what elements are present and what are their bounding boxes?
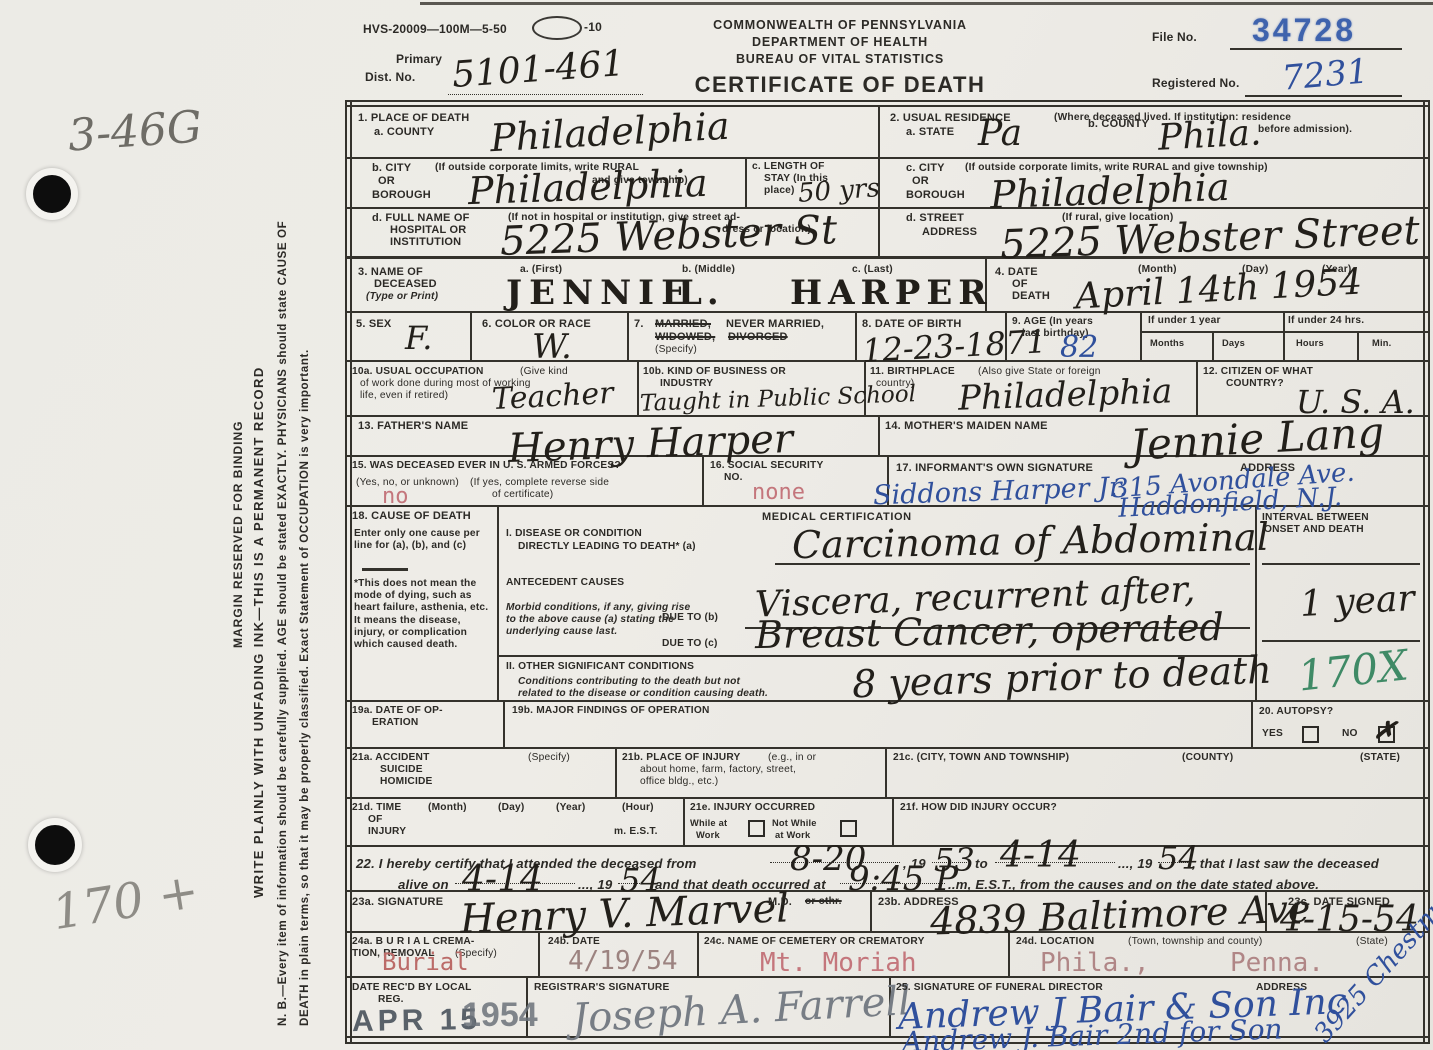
length-of-stay-label3: place) (764, 185, 795, 197)
autopsy-label: 20. AUTOPSY? (1259, 706, 1333, 718)
district-number-line (448, 82, 643, 95)
time-of-injury-of: OF (368, 814, 383, 826)
occupation-note1: (Give kind (520, 366, 568, 378)
residence-city-or: OR (912, 175, 929, 188)
grid-line (637, 360, 639, 415)
residence-borough-label: BOROUGH (906, 189, 965, 202)
ssn-label1: 16. SOCIAL SECURITY (710, 460, 823, 472)
death-certificate-scan: 3-46G 170 + MARGIN RESERVED FOR BINDING … (0, 0, 1433, 1050)
grid-line (345, 797, 1429, 799)
occupation-value: Teacher (491, 379, 614, 415)
pencil-code-top: 3-46G (67, 105, 204, 158)
margin-note-nb-line1: N. B.—Every item of information should b… (276, 221, 289, 1026)
cause-of-death-label: 18. CAUSE OF DEATH (352, 510, 471, 523)
interval-label1: INTERVAL BETWEEN (1262, 512, 1369, 524)
due-to-b-label: DUE TO (b) (662, 612, 718, 624)
father-name-label: 13. FATHER'S NAME (358, 420, 468, 433)
certify-text-7: ..., 19 (578, 877, 612, 892)
cemetery-label: 24c. NAME OF CEMETERY OR CREMATORY (704, 936, 925, 948)
certify-to-value: 4-14 (1000, 838, 1081, 874)
cemetery-value: Mt. Moriah (760, 950, 917, 976)
birthplace-value: Philadelphia (957, 374, 1172, 415)
grid-line (745, 157, 747, 209)
autopsy-yes-label: YES (1262, 728, 1283, 740)
place-city-value: Philadelphia (467, 164, 708, 210)
registered-number-line (1245, 95, 1402, 97)
grid-line (345, 747, 1429, 749)
name-first-value: JENNIE (506, 276, 694, 310)
age-value: 82 (1060, 333, 1098, 363)
green-code-value: 170X (1296, 644, 1410, 697)
certify-alive-value: 4-14 (462, 862, 543, 898)
pencil-code-bottom: 170 + (49, 867, 202, 937)
place-of-death-county-value: Philadelphia (489, 107, 730, 157)
autopsy-yes-checkbox (1302, 726, 1319, 743)
armed-forces-label: 15. WAS DECEASED EVER IN U. S. ARMED FOR… (352, 460, 621, 472)
color-race-value: W. (532, 330, 572, 364)
cause-a-value: Carcinoma of Abdominal (792, 518, 1270, 564)
autopsy-no-label: NO (1342, 728, 1358, 740)
citizen-label1: 12. CITIZEN OF WHAT (1203, 366, 1313, 378)
injury-month-label: (Month) (428, 802, 467, 814)
residence-city-label: c. CITY (906, 162, 945, 175)
occupation-label: 10a. USUAL OCCUPATION (352, 366, 484, 378)
antecedent-causes-label: ANTECEDENT CAUSES (506, 577, 624, 589)
injury-state-label: (STATE) (1360, 752, 1400, 764)
other-significant-note2: related to the disease or condition caus… (518, 688, 768, 700)
place-city-label: b. CITY (372, 162, 411, 175)
primary-label: Primary (396, 52, 442, 66)
grid-line (1357, 331, 1359, 360)
name-last-value: HARPER (790, 276, 993, 310)
disease-label2: DIRECTLY LEADING TO DEATH* (a) (518, 541, 696, 553)
certify-text-5: , that I last saw the deceased (1192, 856, 1379, 871)
grid-line (345, 845, 1429, 847)
margin-note-nb-line2: DEATH in plain terms, so that it may be … (298, 349, 311, 1026)
grid-line (1140, 311, 1142, 360)
date-of-death-label3: DEATH (1012, 290, 1050, 303)
marital-specify: (Specify) (655, 344, 697, 356)
place-of-injury-label: 21b. PLACE OF INJURY (622, 752, 741, 764)
industry-label1: 10b. KIND OF BUSINESS OR (643, 366, 786, 378)
grid-line (885, 747, 887, 797)
residence-state-value: Pa (978, 116, 1022, 152)
cause-left-note2: *This does not mean the mode of dying, s… (354, 578, 494, 651)
burial-label1: 24a. B U R I A L CREMA- (352, 936, 475, 948)
ssn-value: none (752, 482, 805, 504)
injury-hour-label: (Hour) (622, 802, 654, 814)
street-address-label1: d. STREET (906, 212, 964, 225)
file-number-value: 34728 (1252, 12, 1356, 49)
marital-divorced: DIVORCED (728, 331, 788, 344)
certificate-title: CERTIFICATE OF DEATH (650, 72, 1030, 98)
marital-number: 7. (634, 318, 644, 331)
injury-day-label: (Day) (498, 802, 524, 814)
interval-label2: ONSET AND DEATH (1264, 524, 1364, 536)
date-of-death-value: April 14th 1954 (1074, 265, 1363, 316)
morbid-note3: underlying cause last. (506, 626, 617, 638)
file-number-label: File No. (1152, 30, 1197, 44)
place-of-death-county-label: a. COUNTY (374, 126, 434, 139)
residence-county-value: Phila. (1157, 115, 1262, 156)
grid-line (345, 100, 1429, 102)
usual-residence-note2: before admission). (1258, 124, 1352, 136)
sex-label: 5. SEX (356, 318, 391, 331)
page-edge-line (420, 2, 1433, 5)
length-of-stay-label1: c. LENGTH OF (752, 161, 825, 173)
cause-a-line (775, 563, 1250, 565)
md-or-other-struck: or othr. (805, 896, 842, 908)
physician-signature-label: 23a. SIGNATURE (352, 896, 443, 909)
marital-married: MARRIED, (655, 318, 711, 331)
other-significant-value: 8 years prior to death (851, 651, 1272, 704)
place-borough-label: BOROUGH (372, 189, 431, 202)
time-of-injury-injury: INJURY (368, 826, 406, 838)
accident-label2: SUICIDE (380, 764, 423, 776)
accident-specify-label: (Specify) (528, 752, 570, 764)
under-1-year-label: If under 1 year (1148, 315, 1221, 327)
citizen-label2: COUNTRY? (1226, 378, 1284, 390)
days-label: Days (1222, 338, 1245, 349)
place-of-injury-note2: about home, farm, factory, street, (640, 764, 796, 776)
grid-line (627, 311, 629, 360)
hole-punch-top (26, 168, 78, 220)
grid-line (697, 931, 699, 976)
residence-city-value: Philadelphia (989, 168, 1230, 214)
interval-value: 1 year (1299, 581, 1415, 623)
other-significant-note1: Conditions contributing to the death but… (518, 676, 740, 688)
hospital-value: 5225 Webster St (499, 210, 837, 262)
hospital-label3: INSTITUTION (390, 236, 461, 249)
grid-line (1140, 331, 1429, 333)
place-city-or: OR (378, 175, 395, 188)
name-middle-value: L. (678, 276, 724, 310)
name-label3: (Type or Print) (366, 291, 438, 303)
autopsy-no-checkmark: ✗ (1372, 717, 1397, 746)
not-while-at-work-label1: Not While (772, 818, 817, 829)
burial-location-value2: Penna. (1230, 950, 1324, 976)
hours-label: Hours (1296, 338, 1324, 349)
burial-date-value: 4/19/54 (568, 948, 678, 974)
grid-line (1196, 360, 1198, 415)
residence-county-label: b. COUNTY (1088, 118, 1149, 131)
birthplace-label: 11. BIRTHPLACE (870, 366, 955, 378)
while-at-work-label1: While at (690, 818, 727, 829)
certify-text-6: alive on (398, 877, 449, 892)
grid-line (1283, 311, 1285, 360)
margin-note-binding: MARGIN RESERVED FOR BINDING (231, 421, 245, 648)
union-bug-number: -10 (584, 20, 602, 34)
burial-location-label: 24d. LOCATION (1016, 936, 1094, 948)
union-bug-stamp (532, 16, 582, 40)
cause-c-value: Breast Cancer, operated (755, 608, 1224, 654)
grid-line (470, 311, 472, 360)
burial-value: Burial (382, 950, 469, 974)
registered-number-label: Registered No. (1152, 76, 1240, 90)
certify-text-4: ..., 19 (1118, 856, 1152, 871)
physician-signature-value: Henry V. Marvel (459, 888, 789, 939)
while-at-work-checkbox (748, 820, 765, 837)
armed-forces-value: no (382, 486, 409, 508)
grid-line (345, 105, 1429, 107)
occupation-note3: life, even if retired) (360, 390, 448, 402)
md-label: M.D. (768, 896, 792, 909)
interval-line1 (1262, 563, 1420, 565)
header-department: DEPARTMENT OF HEALTH (690, 35, 990, 50)
certify-y2-value: 54 (1158, 842, 1199, 874)
place-of-injury-note1: (e.g., in or (768, 752, 816, 764)
cause-left-note1: Enter only one cause per line for (a), (… (354, 528, 490, 552)
disease-label1: I. DISEASE OR CONDITION (506, 528, 642, 540)
age-label1: 9. AGE (In years (1012, 316, 1093, 328)
header-bureau: BUREAU OF VITAL STATISTICS (690, 52, 990, 67)
injury-city-label: 21c. (CITY, TOWN AND TOWNSHIP) (893, 752, 1069, 764)
due-to-c-label: DUE TO (c) (662, 638, 718, 650)
not-while-at-work-checkbox (840, 820, 857, 837)
grid-line (503, 700, 505, 747)
place-of-death-label: 1. PLACE OF DEATH (358, 112, 469, 125)
burial-location-note: (Town, township and county) (1128, 936, 1263, 948)
date-received-label1: DATE REC'D BY LOCAL (352, 982, 472, 994)
major-findings-label: 19b. MAJOR FINDINGS OF OPERATION (512, 705, 710, 717)
grid-line (1251, 700, 1253, 747)
morbid-note2: to the above cause (a) stating the (506, 614, 674, 626)
other-significant-label: II. OTHER SIGNIFICANT CONDITIONS (506, 661, 694, 673)
time-of-injury-label: 21d. TIME (352, 802, 401, 814)
accident-label1: 21a. ACCIDENT (352, 752, 430, 764)
injury-county-label: (COUNTY) (1182, 752, 1233, 764)
injury-occurred-label: 21e. INJURY OCCURRED (690, 802, 815, 814)
grid-line (892, 797, 894, 845)
grid-line (855, 311, 857, 360)
marital-never-married: NEVER MARRIED, (726, 318, 824, 331)
date-of-birth-value: 12-23-1871 (861, 325, 1047, 367)
margin-note-permanent-record: WRITE PLAINLY WITH UNFADING INK—THIS IS … (251, 366, 266, 898)
under-24-hrs-label: If under 24 hrs. (1288, 315, 1364, 327)
grid-line (497, 505, 499, 700)
grid-line (345, 100, 347, 1044)
date-received-stamp-year: 1954 (462, 996, 538, 1035)
form-number: HVS-20009—100M—5-50 (363, 22, 507, 36)
street-address-label2: ADDRESS (922, 226, 977, 239)
birthplace-note2: country) (876, 378, 914, 390)
grid-line (683, 797, 685, 845)
min-label: Min. (1372, 338, 1391, 349)
district-number-label: Dist. No. (365, 70, 415, 84)
armed-forces-note3: of certificate) (492, 489, 553, 501)
residence-state-label: a. STATE (906, 126, 954, 139)
certify-text-3: to (975, 856, 988, 871)
cause-left-rule (362, 568, 408, 571)
ssn-label2: NO. (724, 472, 743, 484)
certify-time-value: 9:45 P (848, 862, 958, 896)
marital-widowed: WIDOWED, (655, 331, 715, 344)
mother-maiden-name-label: 14. MOTHER'S MAIDEN NAME (885, 420, 1048, 433)
while-at-work-label2: Work (696, 830, 720, 841)
sex-value: F. (405, 322, 432, 354)
registered-number-value: 7231 (1281, 54, 1370, 95)
injury-year-label: (Year) (556, 802, 586, 814)
header-commonwealth: COMMONWEALTH OF PENNSYLVANIA (690, 18, 990, 33)
date-of-operation-label2: ERATION (372, 717, 419, 729)
grid-line (878, 415, 880, 455)
grid-line (615, 747, 617, 797)
armed-forces-note2: (If yes, complete reverse side (470, 477, 609, 489)
injury-est-label: m. E.S.T. (614, 826, 658, 838)
date-of-operation-label1: 19a. DATE OF OP- (352, 705, 443, 717)
accident-label3: HOMICIDE (380, 776, 433, 788)
file-number-line (1230, 48, 1402, 50)
burial-location-value1: Phila., (1040, 950, 1150, 976)
months-label: Months (1150, 338, 1184, 349)
how-injury-occurred-label: 21f. HOW DID INJURY OCCUR? (900, 802, 1057, 814)
funeral-director-address-value: 3925 Chestnut St (1310, 859, 1433, 1048)
length-of-stay-value: 50 yrs (797, 175, 880, 207)
grid-line (1212, 331, 1214, 360)
hole-punch-bottom (28, 818, 82, 872)
place-of-injury-note3: office bldg., etc.) (640, 776, 718, 788)
name-label2: DECEASED (374, 278, 437, 291)
